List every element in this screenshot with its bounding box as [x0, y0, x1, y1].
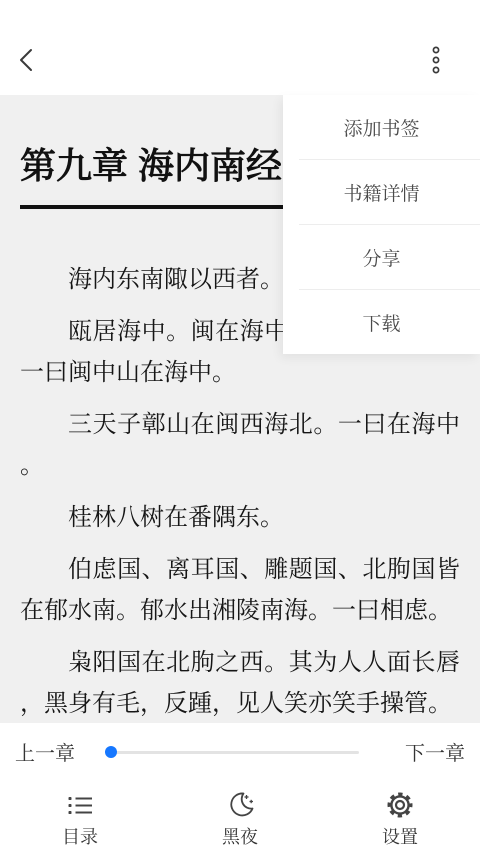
- bottom-nav: 目录 黑夜 设置: [0, 780, 480, 855]
- slider-track[interactable]: [107, 751, 359, 754]
- next-chapter-button[interactable]: 下一章: [405, 737, 465, 766]
- paragraph: 伯虑国、离耳国、雕题国、北朐国皆在郁水南。郁水出湘陵南海。一曰相虑。: [20, 549, 460, 631]
- top-bar: [0, 0, 480, 95]
- reader-screen: 第九章 海内南经 海内东南陬以西者。 瓯居海中。闽在海中，其西北有山。一曰闽中山…: [0, 0, 480, 855]
- vertical-dots-icon: [424, 45, 448, 75]
- nav-label-settings: 设置: [382, 823, 418, 849]
- more-options-button[interactable]: [424, 45, 448, 75]
- back-chevron-icon: [12, 44, 44, 76]
- paragraph: 枭阳国在北朐之西。其为人人面长唇，黑身有毛，反踵，见人笑亦笑手操管。: [20, 642, 460, 723]
- moon-icon: [225, 790, 255, 820]
- chapter-nav-bar: 上一章 下一章: [0, 723, 480, 780]
- nav-item-night-mode[interactable]: 黑夜: [160, 780, 320, 855]
- menu-item-share[interactable]: 分享: [283, 225, 480, 289]
- nav-label-contents: 目录: [62, 823, 98, 849]
- menu-item-add-bookmark[interactable]: 添加书签: [283, 95, 480, 159]
- back-button[interactable]: [12, 44, 44, 76]
- menu-item-download[interactable]: 下载: [283, 290, 480, 354]
- menu-item-book-details[interactable]: 书籍详情: [283, 160, 480, 224]
- paragraph: 三天子鄣山在闽西海北。一曰在海中。: [20, 404, 460, 486]
- overflow-menu: 添加书签 书籍详情 分享 下载: [283, 95, 480, 354]
- paragraph: 桂林八树在番隅东。: [20, 497, 460, 538]
- nav-label-night-mode: 黑夜: [222, 823, 258, 849]
- list-icon: [65, 790, 95, 820]
- nav-item-settings[interactable]: 设置: [320, 780, 480, 855]
- nav-item-contents[interactable]: 目录: [0, 780, 160, 855]
- gear-icon: [385, 790, 415, 820]
- slider-thumb[interactable]: [105, 746, 117, 758]
- chapter-progress-slider[interactable]: [107, 746, 359, 758]
- prev-chapter-button[interactable]: 上一章: [15, 737, 75, 766]
